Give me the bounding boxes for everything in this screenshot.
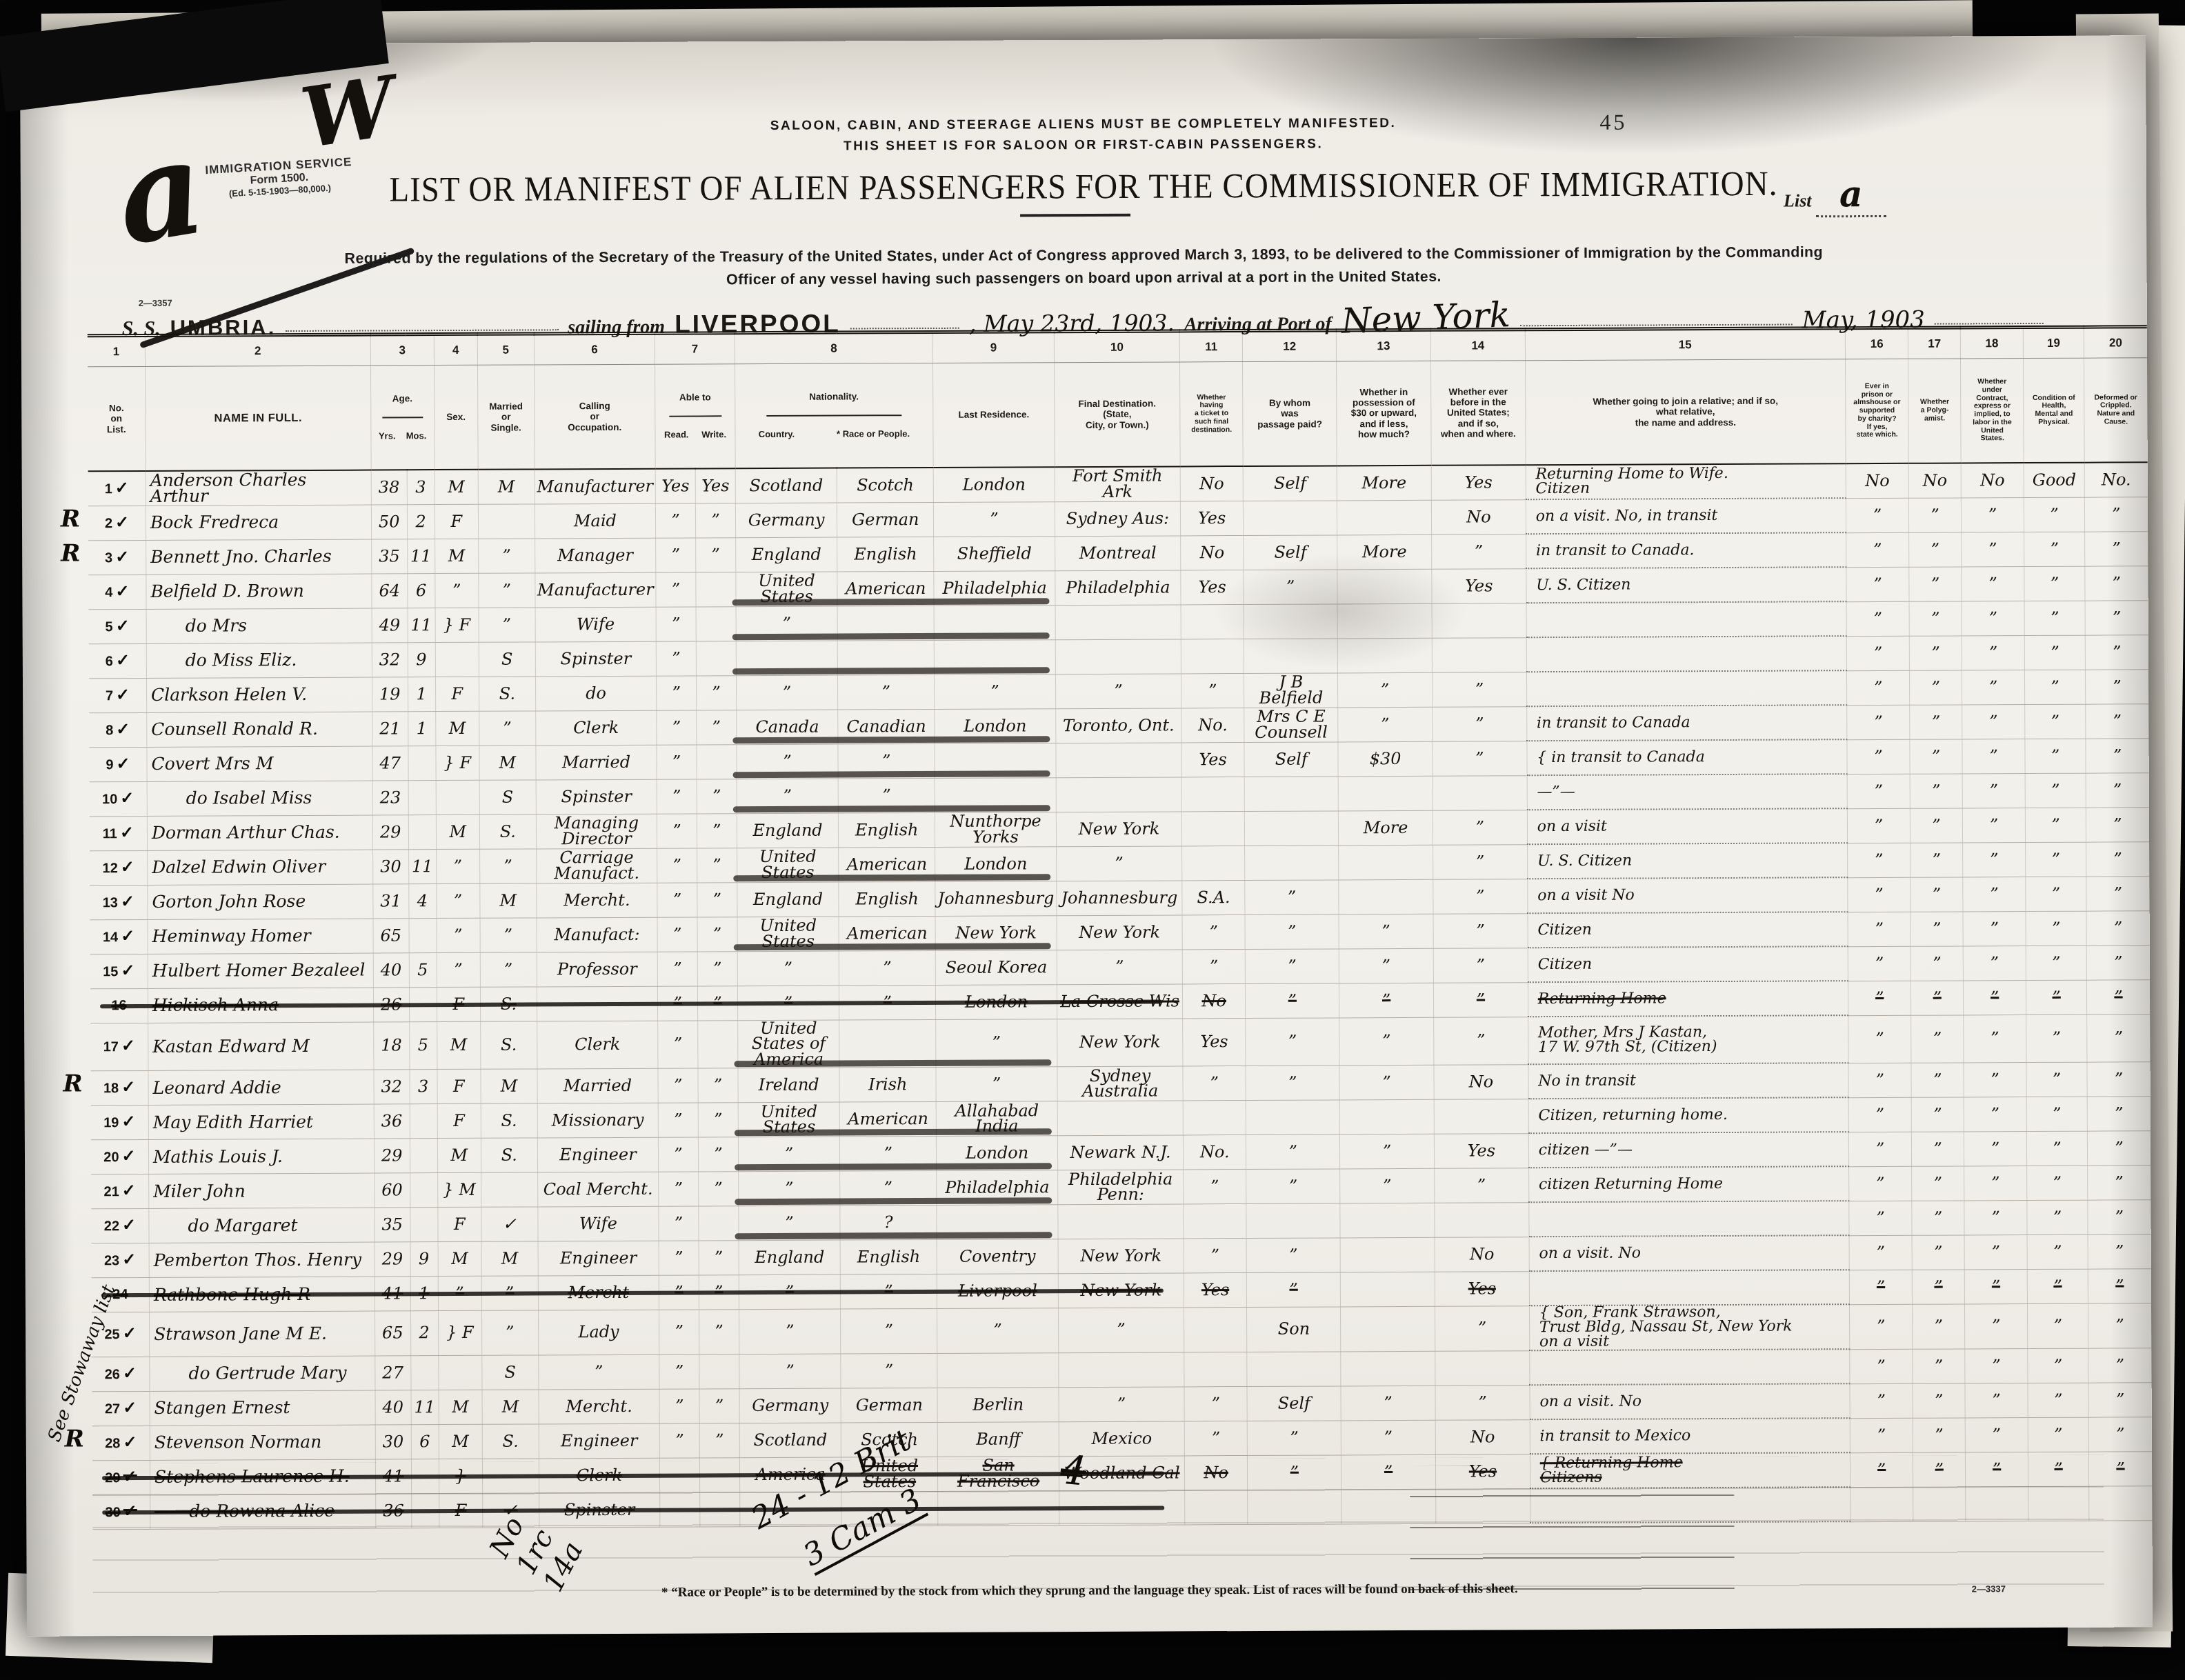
dotted-leader bbox=[850, 328, 959, 330]
cell-read: ” bbox=[657, 917, 697, 951]
check-mark: ✓ bbox=[120, 789, 134, 808]
cell-no: 3R✓ bbox=[88, 540, 146, 574]
cell-destination: ” bbox=[1057, 949, 1182, 984]
cell-sex: ” bbox=[437, 918, 481, 952]
cell-married: ” bbox=[480, 848, 537, 883]
cell-destination: New York bbox=[1058, 1239, 1184, 1274]
cell-country: Ireland bbox=[738, 1068, 840, 1103]
cell-deformed: ” bbox=[2086, 703, 2149, 738]
cell-contract: ” bbox=[1963, 980, 2026, 1014]
cell-relative: on a visit bbox=[1527, 808, 1847, 844]
cell-health: ” bbox=[2024, 497, 2085, 532]
cell-calling: Missionary bbox=[537, 1103, 659, 1138]
cell-write: ” bbox=[696, 537, 736, 572]
cell-sex: F bbox=[435, 504, 479, 539]
cell-sex: M bbox=[439, 1390, 483, 1424]
cell-married: S bbox=[482, 1355, 539, 1390]
cell-polyg: ” bbox=[1910, 670, 1962, 704]
cell-yrs: 50 bbox=[371, 504, 407, 539]
cell-name: Bock Fredreca bbox=[146, 505, 371, 540]
margin-r-mark: R bbox=[61, 508, 80, 530]
cell-relative: U. S. Citizen bbox=[1526, 567, 1846, 603]
cell-name: do Mrs bbox=[146, 608, 372, 643]
cell-prison: ” bbox=[1850, 1349, 1913, 1383]
cell-polyg: ” bbox=[1913, 1383, 1965, 1418]
cell-no: 14✓ bbox=[90, 919, 148, 954]
cell-ticket bbox=[1182, 846, 1246, 880]
cell-before: ” bbox=[1435, 1168, 1529, 1203]
cell-relative: Returning Home to Wife. Citizen bbox=[1526, 463, 1846, 499]
cell-race bbox=[837, 606, 934, 641]
check-mark: ✓ bbox=[121, 858, 134, 877]
cell-yrs: 41 bbox=[375, 1277, 410, 1311]
cell-deformed: ” bbox=[2088, 1200, 2151, 1234]
cell-mos: 11 bbox=[408, 608, 435, 642]
row-number: 14 bbox=[103, 930, 118, 945]
cell-destination: Sydney Aus: bbox=[1055, 501, 1180, 536]
cell-race: ” bbox=[839, 950, 936, 986]
cell-money bbox=[1337, 500, 1431, 535]
cell-paid: Self bbox=[1244, 534, 1337, 570]
cell-sex: M bbox=[437, 1138, 481, 1172]
cell-ticket: No. bbox=[1181, 708, 1245, 742]
cell-destination: ” bbox=[1057, 846, 1182, 881]
cell-money bbox=[1337, 569, 1432, 604]
list-value-handwritten: a bbox=[1816, 173, 1886, 217]
cell-sex: ” bbox=[435, 573, 479, 608]
cell-country: ” bbox=[737, 951, 839, 986]
cell-residence: Philadelphia bbox=[937, 1170, 1058, 1206]
check-mark: ✓ bbox=[121, 1112, 135, 1131]
cell-no: 22✓ bbox=[91, 1208, 149, 1243]
cell-money: ” bbox=[1339, 1017, 1434, 1066]
column-number: 2 bbox=[145, 334, 370, 366]
col-header-contract: Whether under Contract, express or impli… bbox=[1960, 359, 2024, 463]
cell-relative bbox=[1526, 636, 1846, 672]
cell-country: United States of America bbox=[738, 1020, 840, 1068]
row-number: 28 bbox=[105, 1436, 120, 1451]
cell-relative: on a visit. No bbox=[1529, 1236, 1849, 1272]
cell-health: ” bbox=[2026, 911, 2086, 946]
cell-prison: No bbox=[1846, 463, 1909, 498]
cell-polyg: ” bbox=[1909, 497, 1962, 532]
cell-paid bbox=[1246, 1203, 1340, 1239]
cell-calling: Engineer bbox=[538, 1241, 659, 1276]
cell-deformed: ” bbox=[2085, 531, 2148, 566]
row-number: 17 bbox=[103, 1039, 119, 1054]
cell-write: ” bbox=[697, 848, 737, 882]
cell-ticket bbox=[1184, 1307, 1247, 1352]
cell-prison: ” bbox=[1849, 1166, 1913, 1201]
cell-relative: Citizen, returning home. bbox=[1528, 1098, 1848, 1134]
cell-deformed: ” bbox=[2088, 1382, 2152, 1417]
cell-mos: 6 bbox=[411, 1424, 439, 1459]
cell-ticket: ” bbox=[1184, 1169, 1247, 1203]
cell-no: 19✓ bbox=[91, 1105, 149, 1139]
cell-residence bbox=[935, 743, 1056, 778]
cell-deformed: ” bbox=[2086, 772, 2149, 807]
subcol-yrs: Yrs. bbox=[379, 432, 396, 442]
cell-read: ” bbox=[656, 606, 696, 641]
cell-prison: ” bbox=[1849, 1270, 1913, 1304]
row-number: 18 bbox=[103, 1081, 119, 1096]
cell-race: Scotch bbox=[837, 468, 934, 503]
cell-no: 7✓ bbox=[89, 678, 147, 712]
cell-country: United States bbox=[738, 1102, 840, 1137]
cell-married: M bbox=[481, 1241, 538, 1276]
cell-destination bbox=[1057, 1101, 1183, 1136]
cell-name: Pemberton Thos. Henry bbox=[149, 1242, 375, 1277]
cell-prison: ” bbox=[1847, 705, 1910, 739]
cell-name: Strawson Jane M E. bbox=[149, 1311, 375, 1357]
cell-money bbox=[1339, 845, 1433, 880]
list-designation: List a bbox=[1784, 173, 1886, 216]
cell-country: ” bbox=[739, 1171, 841, 1206]
cell-prison: ” bbox=[1847, 774, 1910, 808]
cell-residence: ” bbox=[935, 674, 1056, 709]
cell-no: 5✓ bbox=[89, 609, 147, 643]
cell-deformed: ” bbox=[2086, 807, 2149, 841]
cell-married: M bbox=[478, 469, 535, 503]
cell-relative: in transit to Canada bbox=[1526, 705, 1846, 741]
cell-residence bbox=[934, 605, 1055, 640]
cell-deformed: ” bbox=[2086, 738, 2149, 772]
cell-mos: 4 bbox=[408, 883, 436, 918]
cell-country: England bbox=[736, 537, 838, 572]
cell-sex: F bbox=[437, 1069, 481, 1103]
cell-read: ” bbox=[657, 744, 697, 779]
cell-paid bbox=[1247, 1351, 1341, 1386]
cell-country: Canada bbox=[737, 710, 839, 745]
column-number: 20 bbox=[2084, 327, 2147, 358]
cell-race: English bbox=[839, 881, 935, 917]
cell-health: ” bbox=[2026, 980, 2087, 1014]
column-number: 16 bbox=[1845, 328, 1908, 359]
cell-country: ” bbox=[736, 606, 838, 641]
check-mark: ✓ bbox=[123, 1324, 137, 1343]
cell-destination: ” bbox=[1056, 673, 1181, 708]
cell-health: ” bbox=[2028, 1417, 2089, 1452]
cell-mos: 2 bbox=[407, 504, 435, 539]
cell-ticket bbox=[1181, 811, 1245, 846]
cell-money bbox=[1340, 1237, 1435, 1272]
cell-married bbox=[481, 1172, 538, 1207]
cell-before bbox=[1435, 1350, 1530, 1386]
cell-read: ” bbox=[658, 951, 698, 986]
cell-sex: F bbox=[435, 677, 479, 711]
cell-no: 1✓ bbox=[88, 471, 146, 506]
cell-money bbox=[1340, 1203, 1435, 1238]
cell-contract: ” bbox=[1962, 566, 2025, 601]
cell-contract: ” bbox=[1962, 601, 2025, 635]
check-mark: ✓ bbox=[123, 1364, 137, 1383]
cell-race: ” bbox=[841, 1308, 937, 1353]
row-number: 15 bbox=[103, 964, 118, 979]
cell-destination: ” bbox=[1059, 1308, 1184, 1352]
column-number: 4 bbox=[434, 334, 478, 365]
cell-country: ” bbox=[738, 1137, 840, 1172]
cell-contract: ” bbox=[1964, 1269, 2028, 1303]
cell-country: ” bbox=[737, 744, 839, 779]
cell-ticket: Yes bbox=[1180, 501, 1244, 535]
cell-prison: ” bbox=[1848, 1132, 1912, 1166]
cell-write: ” bbox=[699, 1423, 739, 1457]
cell-prison: ” bbox=[1848, 981, 1911, 1015]
cell-before: Yes bbox=[1431, 465, 1526, 500]
check-mark: ✓ bbox=[115, 479, 129, 497]
cell-money: ” bbox=[1339, 948, 1433, 983]
cell-before: No bbox=[1435, 1237, 1529, 1272]
cell-polyg: ” bbox=[1913, 1349, 1965, 1383]
cell-deformed: ” bbox=[2088, 1234, 2151, 1269]
cell-name: Hickisch Anna bbox=[148, 988, 373, 1023]
cell-money: $30 bbox=[1338, 741, 1433, 777]
cell-contract: ” bbox=[1962, 808, 2026, 842]
cell-name: Clarkson Helen V. bbox=[146, 677, 372, 712]
cell-destination: New York bbox=[1057, 1018, 1183, 1066]
cell-residence: Johannesburg bbox=[935, 881, 1057, 916]
col-header-calling: Calling or Occupation. bbox=[534, 364, 655, 469]
cell-name: Miler John bbox=[149, 1173, 375, 1208]
cell-married: ” bbox=[481, 1276, 538, 1310]
cell-married: S. bbox=[481, 1103, 537, 1138]
page-number: 45 bbox=[1599, 110, 1627, 135]
col-header-sex: Sex. bbox=[434, 365, 478, 470]
row-number: 26 bbox=[105, 1367, 120, 1382]
cell-polyg: ” bbox=[1913, 1270, 1965, 1304]
cell-calling: Professor bbox=[537, 952, 658, 987]
cell-country: Scotland bbox=[739, 1423, 841, 1458]
cell-write bbox=[699, 1354, 739, 1388]
cell-polyg: ” bbox=[1911, 1063, 1964, 1097]
col-header-name: NAME IN FULL. bbox=[145, 366, 371, 471]
cell-money: ” bbox=[1339, 1065, 1434, 1100]
cell-write: ” bbox=[698, 986, 738, 1020]
cell-married: M bbox=[481, 1069, 537, 1103]
cell-yrs: 38 bbox=[371, 470, 407, 504]
cell-mos bbox=[410, 1139, 437, 1173]
cell-paid: ” bbox=[1246, 1017, 1339, 1066]
cell-read: ” bbox=[656, 503, 696, 537]
cell-before: ” bbox=[1433, 741, 1527, 776]
cell-calling: Lady bbox=[538, 1310, 659, 1354]
cell-sex bbox=[438, 1355, 482, 1390]
cell-money: ” bbox=[1339, 1134, 1434, 1169]
column-number: 6 bbox=[534, 333, 655, 365]
cell-no: 4✓ bbox=[88, 574, 146, 609]
cell-name: Bennett Jno. Charles bbox=[146, 539, 372, 574]
cell-prison: ” bbox=[1846, 601, 1910, 636]
cell-deformed: ” bbox=[2085, 600, 2148, 634]
cell-calling: Wife bbox=[535, 607, 657, 642]
cell-sex: ” bbox=[436, 849, 480, 883]
cell-ticket: ” bbox=[1184, 1238, 1247, 1272]
cell-calling: Manufacturer bbox=[535, 572, 656, 608]
cell-before bbox=[1432, 603, 1526, 638]
cell-mos: 6 bbox=[407, 573, 435, 608]
cell-no: 26✓ bbox=[92, 1357, 150, 1391]
cell-name: do Miss Eliz. bbox=[146, 643, 372, 678]
cell-race: English bbox=[837, 537, 934, 572]
cell-paid bbox=[1245, 845, 1339, 880]
cell-sex: M bbox=[436, 814, 480, 849]
cell-ticket: ” bbox=[1184, 1386, 1248, 1421]
cell-prison: ” bbox=[1848, 843, 1911, 877]
cell-mos: 2 bbox=[410, 1310, 438, 1355]
subcol-write: Write. bbox=[701, 430, 726, 441]
cell-money bbox=[1338, 776, 1433, 811]
cell-residence: ” bbox=[936, 1067, 1057, 1102]
check-mark: ✓ bbox=[116, 754, 130, 773]
row-number: 9 bbox=[106, 757, 113, 772]
cell-polyg: ” bbox=[1910, 877, 1963, 911]
cell-residence bbox=[937, 1352, 1059, 1388]
col-header-relative: Whether going to join a relative; and if… bbox=[1525, 359, 1846, 466]
cell-residence bbox=[937, 1205, 1058, 1240]
cell-mos: 11 bbox=[407, 539, 435, 573]
cell-prison: ” bbox=[1850, 1383, 1913, 1418]
cell-country: United States bbox=[737, 848, 839, 883]
cell-relative: in transit to Canada. bbox=[1526, 532, 1846, 568]
check-mark: ✓ bbox=[115, 548, 129, 566]
cell-relative: on a visit. No bbox=[1530, 1383, 1850, 1419]
cell-before: Yes bbox=[1435, 1134, 1529, 1169]
cell-write: ” bbox=[697, 779, 737, 813]
cell-read: Yes bbox=[655, 468, 695, 503]
cell-ticket: ” bbox=[1182, 949, 1246, 983]
cell-mos: 11 bbox=[411, 1390, 439, 1424]
check-mark: ✓ bbox=[122, 1250, 136, 1269]
cell-paid: ” bbox=[1246, 1169, 1340, 1204]
cell-no: 9✓ bbox=[89, 747, 147, 781]
cell-write bbox=[698, 1020, 738, 1068]
cell-health: ” bbox=[2024, 601, 2085, 635]
cell-no: 2R✓ bbox=[88, 506, 146, 540]
cell-ticket: S.A. bbox=[1182, 880, 1246, 914]
cell-write: ” bbox=[697, 675, 737, 710]
cell-mos: 11 bbox=[408, 849, 436, 883]
col-header-prison: Ever in prison or almshouse or supported… bbox=[1845, 359, 1908, 463]
cell-health: ” bbox=[2028, 1269, 2088, 1303]
check-mark: ✓ bbox=[115, 582, 129, 601]
cell-calling: Mercht bbox=[538, 1275, 659, 1310]
cell-race: ” bbox=[841, 1353, 937, 1388]
row-number: 23 bbox=[104, 1253, 119, 1268]
cell-paid: ” bbox=[1247, 1238, 1341, 1273]
cell-polyg: ” bbox=[1913, 1304, 1965, 1349]
cell-residence: Liverpool bbox=[937, 1274, 1058, 1309]
cell-married: S bbox=[479, 779, 536, 814]
cell-race: American bbox=[840, 1101, 937, 1137]
cell-yrs: 29 bbox=[375, 1242, 410, 1277]
cell-no: 11✓ bbox=[90, 816, 148, 850]
cell-before: ” bbox=[1435, 1306, 1530, 1351]
cell-relative: { Son, Frank Strawson, Trust Bldg, Nassa… bbox=[1529, 1305, 1849, 1351]
cell-race: ” bbox=[839, 778, 935, 813]
cell-write: ” bbox=[699, 1241, 739, 1275]
cell-name: Counsell Ronald R. bbox=[147, 712, 372, 747]
cell-yrs: 27 bbox=[375, 1355, 411, 1390]
column-header-row: No. on List. NAME IN FULL. Age. Yrs.Mos.… bbox=[88, 358, 2148, 472]
cell-yrs: 26 bbox=[373, 987, 409, 1021]
cell-contract: ” bbox=[1965, 1417, 2028, 1452]
regulation-text: Officer of any vessel having such passen… bbox=[21, 265, 2146, 291]
cell-name: do Margaret bbox=[149, 1208, 375, 1243]
cell-paid: Self bbox=[1244, 741, 1338, 777]
cell-name: Dalzel Edwin Oliver bbox=[148, 850, 373, 885]
cell-relative: Mother, Mrs J Kastan, 17 W. 97th St, (Ci… bbox=[1528, 1015, 1848, 1064]
cell-prison: ” bbox=[1848, 1015, 1912, 1063]
row-number: 25 bbox=[104, 1327, 119, 1342]
cell-yrs: 29 bbox=[372, 814, 408, 849]
cell-race: ” bbox=[838, 674, 935, 710]
cell-paid: Son bbox=[1247, 1307, 1341, 1352]
cell-polyg: ” bbox=[1910, 842, 1963, 877]
cell-calling: Maid bbox=[535, 503, 656, 539]
cell-no: 18R✓ bbox=[90, 1070, 148, 1105]
row-number: 11 bbox=[103, 826, 117, 841]
cell-ticket bbox=[1183, 1100, 1246, 1134]
cell-residence bbox=[934, 639, 1055, 674]
cell-mos: 5 bbox=[409, 952, 437, 987]
cell-health: ” bbox=[2026, 877, 2086, 911]
cell-prison: ” bbox=[1847, 808, 1910, 843]
cell-before: ” bbox=[1435, 1385, 1530, 1420]
subcol-read: Read. bbox=[664, 430, 688, 441]
cell-yrs: 47 bbox=[372, 746, 408, 780]
cell-country: ” bbox=[736, 675, 838, 710]
cell-before: ” bbox=[1433, 810, 1527, 845]
cell-calling: do bbox=[535, 676, 657, 711]
cell-health: ” bbox=[2025, 635, 2086, 670]
cell-residence: London bbox=[937, 1136, 1058, 1171]
cell-sex: M bbox=[435, 539, 479, 573]
row-number: 22 bbox=[104, 1219, 119, 1234]
cell-before: No bbox=[1435, 1419, 1530, 1454]
cell-race: ? bbox=[840, 1205, 937, 1240]
cell-deformed: ” bbox=[2085, 669, 2148, 703]
title-rule bbox=[1020, 214, 1130, 217]
subcol-race: * Race or People. bbox=[837, 430, 910, 440]
cell-calling: Spinster bbox=[536, 779, 657, 814]
cell-yrs: 23 bbox=[372, 780, 408, 814]
cell-contract: ” bbox=[1961, 497, 2024, 532]
table-row: 17✓Kastan Edward M185MS.Clerk”United Sta… bbox=[90, 1014, 2150, 1070]
cell-health: ” bbox=[2027, 1131, 2088, 1166]
cell-married bbox=[478, 503, 535, 538]
cell-married: M bbox=[482, 1390, 539, 1424]
cell-write: ” bbox=[699, 1310, 739, 1354]
cell-write: ” bbox=[697, 813, 737, 848]
cell-before: Yes bbox=[1432, 568, 1526, 603]
manifest-sheet: IMMIGRATION SERVICE Form 1500. (Ed. 5-15… bbox=[20, 35, 2153, 1636]
cell-health: ” bbox=[2026, 1097, 2087, 1131]
cell-race: ” bbox=[840, 1170, 937, 1206]
cell-sex bbox=[436, 780, 480, 814]
cell-prison: ” bbox=[1848, 912, 1911, 946]
cell-paid: ” bbox=[1245, 879, 1339, 914]
cell-relative: Citizen bbox=[1528, 946, 1848, 982]
check-mark: ✓ bbox=[122, 1181, 136, 1200]
cell-contract: ” bbox=[1964, 1097, 2027, 1131]
cell-before: Yes bbox=[1435, 1272, 1529, 1307]
cell-contract: ” bbox=[1964, 1131, 2027, 1166]
cell-polyg: ” bbox=[1910, 808, 1963, 842]
cell-before bbox=[1432, 637, 1526, 672]
cell-health: ” bbox=[2027, 1234, 2088, 1269]
list-label: List bbox=[1784, 190, 1812, 210]
cell-read: ” bbox=[659, 1389, 699, 1423]
